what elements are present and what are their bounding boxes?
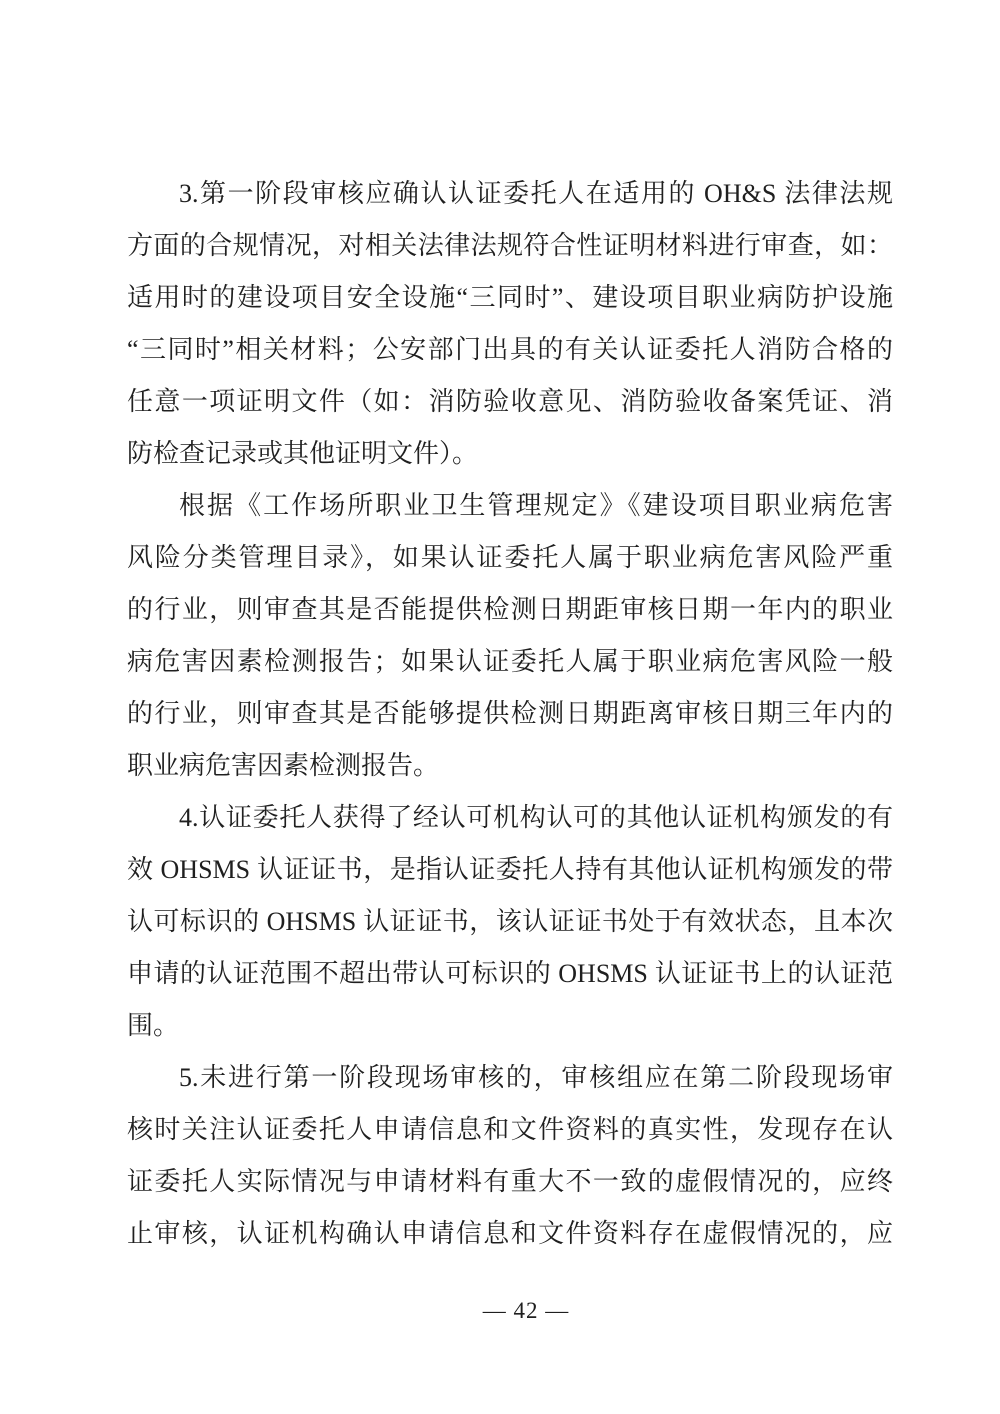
text-line: 止审核，认证机构确认申请信息和文件资料存在虚假情况的，应 bbox=[127, 1208, 893, 1260]
text-line: 方面的合规情况，对相关法律法规符合性证明材料进行审查，如： bbox=[127, 220, 893, 272]
text-line: 4.认证委托人获得了经认可机构认可的其他认证机构颁发的有 bbox=[127, 792, 893, 844]
text-line: 5.未进行第一阶段现场审核的，审核组应在第二阶段现场审 bbox=[127, 1052, 893, 1104]
text-line: 的行业，则审查其是否能够提供检测日期距离审核日期三年内的 bbox=[127, 688, 893, 740]
text-line: 根据《工作场所职业卫生管理规定》《建设项目职业病危害 bbox=[127, 480, 893, 532]
text-line: 申请的认证范围不超出带认可标识的 OHSMS 认证证书上的认证范 bbox=[127, 948, 893, 1000]
text-line: 适用时的建设项目安全设施“三同时”、建设项目职业病防护设施 bbox=[127, 272, 893, 324]
text-line: 任意一项证明文件（如：消防验收意见、消防验收备案凭证、消 bbox=[127, 376, 893, 428]
text-line: 认可标识的 OHSMS 认证证书，该认证证书处于有效状态，且本次 bbox=[127, 896, 893, 948]
text-line: 防检查记录或其他证明文件）。 bbox=[127, 428, 893, 480]
paragraph-regulations: 根据《工作场所职业卫生管理规定》《建设项目职业病危害 风险分类管理目录》，如果认… bbox=[127, 480, 893, 792]
page-number: — 42 — bbox=[26, 1294, 1000, 1328]
text-line: 证委托人实际情况与申请材料有重大不一致的虚假情况的，应终 bbox=[127, 1156, 893, 1208]
text-line: 围。 bbox=[127, 1000, 893, 1052]
text-line: 病危害因素检测报告；如果认证委托人属于职业病危害风险一般 bbox=[127, 636, 893, 688]
paragraph-item-3: 3.第一阶段审核应确认认证委托人在适用的 OH&S 法律法规 方面的合规情况，对… bbox=[127, 168, 893, 480]
document-body: 3.第一阶段审核应确认认证委托人在适用的 OH&S 法律法规 方面的合规情况，对… bbox=[127, 168, 893, 1260]
text-line: 职业病危害因素检测报告。 bbox=[127, 740, 893, 792]
paragraph-item-5: 5.未进行第一阶段现场审核的，审核组应在第二阶段现场审 核时关注认证委托人申请信… bbox=[127, 1052, 893, 1260]
document-page: 3.第一阶段审核应确认认证委托人在适用的 OH&S 法律法规 方面的合规情况，对… bbox=[0, 0, 1000, 1414]
text-line: 风险分类管理目录》，如果认证委托人属于职业病危害风险严重 bbox=[127, 532, 893, 584]
text-line: 效 OHSMS 认证证书，是指认证委托人持有其他认证机构颁发的带 bbox=[127, 844, 893, 896]
text-line: “三同时”相关材料；公安部门出具的有关认证委托人消防合格的 bbox=[127, 324, 893, 376]
paragraph-item-4: 4.认证委托人获得了经认可机构认可的其他认证机构颁发的有 效 OHSMS 认证证… bbox=[127, 792, 893, 1052]
text-line: 3.第一阶段审核应确认认证委托人在适用的 OH&S 法律法规 bbox=[127, 168, 893, 220]
text-line: 的行业，则审查其是否能提供检测日期距审核日期一年内的职业 bbox=[127, 584, 893, 636]
text-line: 核时关注认证委托人申请信息和文件资料的真实性，发现存在认 bbox=[127, 1104, 893, 1156]
